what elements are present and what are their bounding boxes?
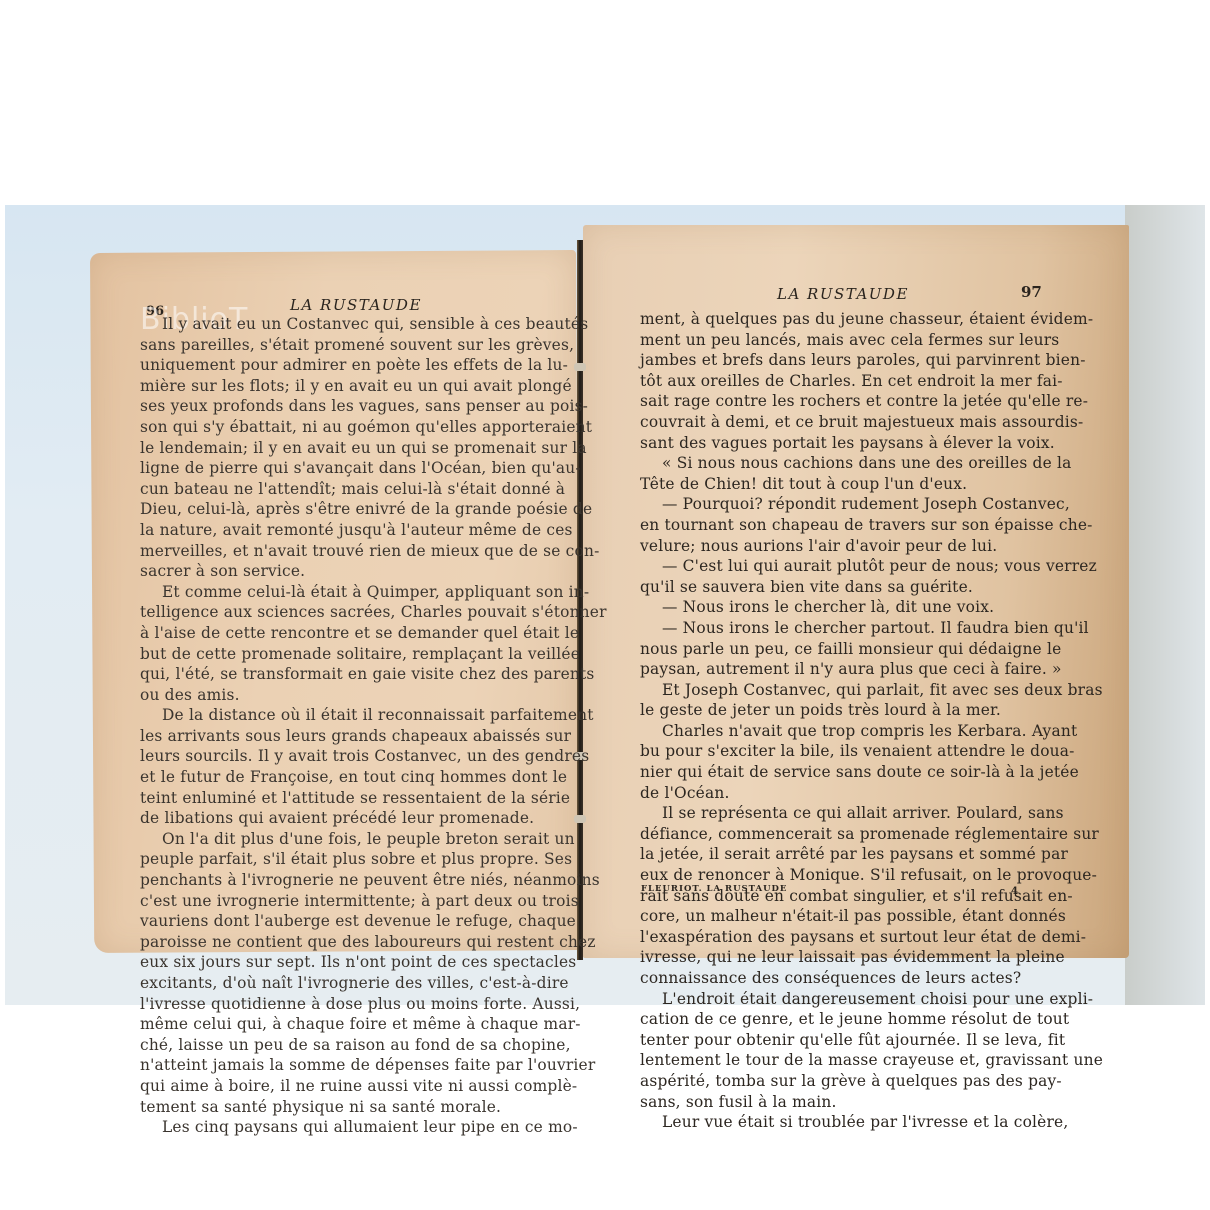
- text-line: peuple parfait, s'il était plus sobre et…: [140, 849, 538, 870]
- printer-signature: FLEURIOT. LA RUSTAUDE: [641, 884, 787, 894]
- text-line: défiance, commencerait sa promenade régl…: [640, 824, 1040, 845]
- text-line: la nature, avait remonté jusqu'à l'auteu…: [140, 520, 538, 541]
- text-line: ses yeux profonds dans les vagues, sans …: [140, 396, 538, 417]
- right-page-number: 97: [1021, 283, 1042, 301]
- text-line: Charles n'avait que trop compris les Ker…: [640, 721, 1040, 742]
- text-line: — C'est lui qui aurait plutôt peur de no…: [640, 556, 1040, 577]
- text-line: n'atteint jamais la somme de dépenses fa…: [140, 1055, 538, 1076]
- text-line: teint enluminé et l'attitude se ressenta…: [140, 788, 538, 809]
- text-line: excitants, d'où naît l'ivrognerie des vi…: [140, 973, 538, 994]
- text-line: la jetée, il serait arrêté par les paysa…: [640, 844, 1040, 865]
- text-line: leurs sourcils. Il y avait trois Costanv…: [140, 746, 538, 767]
- text-line: cun bateau ne l'attendît; mais celui-là …: [140, 479, 538, 500]
- text-line: uniquement pour admirer en poète les eff…: [140, 355, 538, 376]
- text-line: Et comme celui-là était à Quimper, appli…: [140, 582, 538, 603]
- text-line: — Pourquoi? répondit rudement Joseph Cos…: [640, 494, 1040, 515]
- text-line: de l'Océan.: [640, 783, 1040, 804]
- text-line: qui aime à boire, il ne ruine aussi vite…: [140, 1076, 538, 1097]
- right-page-body: ment, à quelques pas du jeune chasseur, …: [640, 309, 1040, 1133]
- text-line: son qui s'y ébattait, ni au goémon qu'el…: [140, 417, 538, 438]
- text-line: Les cinq paysans qui allumaient leur pip…: [140, 1117, 538, 1138]
- text-line: mière sur les flots; il y en avait eu un…: [140, 376, 538, 397]
- text-line: bu pour s'exciter la bile, ils venaient …: [640, 741, 1040, 762]
- signature-number: 4: [1011, 886, 1019, 897]
- text-line: velure; nous aurions l'air d'avoir peur …: [640, 536, 1040, 557]
- text-line: vauriens dont l'auberge est devenue le r…: [140, 911, 538, 932]
- text-line: telligence aux sciences sacrées, Charles…: [140, 602, 538, 623]
- text-line: même celui qui, à chaque foire et même à…: [140, 1014, 538, 1035]
- background-surface: [1125, 205, 1205, 1005]
- text-line: c'est une ivrognerie intermittente; à pa…: [140, 891, 538, 912]
- text-line: l'exaspération des paysans et surtout le…: [640, 927, 1040, 948]
- text-line: ment, à quelques pas du jeune chasseur, …: [640, 309, 1040, 330]
- text-line: sacrer à son service.: [140, 561, 538, 582]
- text-line: de libations qui avaient précédé leur pr…: [140, 808, 538, 829]
- binding-stitch: [574, 815, 586, 823]
- text-line: core, un malheur n'était-il pas possible…: [640, 906, 1040, 927]
- text-line: ivresse, qui ne leur laissait pas évidem…: [640, 947, 1040, 968]
- text-line: Il se représenta ce qui allait arriver. …: [640, 803, 1040, 824]
- text-line: — Nous irons le chercher partout. Il fau…: [640, 618, 1040, 639]
- text-line: cation de ce genre, et le jeune homme ré…: [640, 1009, 1040, 1030]
- text-line: eux de renoncer à Monique. S'il refusait…: [640, 865, 1040, 886]
- right-running-head: LA RUSTAUDE: [777, 285, 909, 303]
- text-line: eux six jours sur sept. Ils n'ont point …: [140, 952, 538, 973]
- text-line: les arrivants sous leurs grands chapeaux…: [140, 726, 538, 747]
- text-line: sant des vagues portait les paysans à él…: [640, 433, 1040, 454]
- text-line: connaissance des conséquences de leurs a…: [640, 968, 1040, 989]
- text-line: aspérité, tomba sur la grève à quelques …: [640, 1071, 1040, 1092]
- text-line: Leur vue était si troublée par l'ivresse…: [640, 1112, 1040, 1133]
- text-line: qui, l'été, se transformait en gaie visi…: [140, 664, 538, 685]
- text-line: ment un peu lancés, mais avec cela ferme…: [640, 330, 1040, 351]
- text-line: « Si nous nous cachions dans une des ore…: [640, 453, 1040, 474]
- text-line: De la distance où il était il reconnaiss…: [140, 705, 538, 726]
- text-line: le lendemain; il y en avait eu un qui se…: [140, 438, 538, 459]
- text-line: Dieu, celui-là, après s'être enivré de l…: [140, 499, 538, 520]
- text-line: tement sa santé physique ni sa santé mor…: [140, 1097, 538, 1118]
- text-line: On l'a dit plus d'une fois, le peuple br…: [140, 829, 538, 850]
- text-line: nous parle un peu, ce failli monsieur qu…: [640, 639, 1040, 660]
- text-line: ché, laisse un peu de sa raison au fond …: [140, 1035, 538, 1056]
- text-line: qu'il se sauvera bien vite dans sa guéri…: [640, 577, 1040, 598]
- text-line: Il y avait eu un Costanvec qui, sensible…: [140, 314, 538, 335]
- text-line: l'ivresse quotidienne à dose plus ou moi…: [140, 994, 538, 1015]
- text-line: merveilles, et n'avait trouvé rien de mi…: [140, 541, 538, 562]
- text-line: le geste de jeter un poids très lourd à …: [640, 700, 1040, 721]
- text-line: penchants à l'ivrognerie ne peuvent être…: [140, 870, 538, 891]
- text-line: sans pareilles, s'était promené souvent …: [140, 335, 538, 356]
- text-line: Et Joseph Costanvec, qui parlait, fit av…: [640, 680, 1040, 701]
- text-line: et le futur de Françoise, en tout cinq h…: [140, 767, 538, 788]
- text-line: L'endroit était dangereusement choisi po…: [640, 989, 1040, 1010]
- binding-stitch: [574, 363, 586, 371]
- text-line: couvrait à demi, et ce bruit majestueux …: [640, 412, 1040, 433]
- text-line: en tournant son chapeau de travers sur s…: [640, 515, 1040, 536]
- left-page-body: Il y avait eu un Costanvec qui, sensible…: [140, 314, 538, 1138]
- text-line: sait rage contre les rochers et contre l…: [640, 391, 1040, 412]
- text-line: à l'aise de cette rencontre et se demand…: [140, 623, 538, 644]
- text-line: nier qui était de service sans doute ce …: [640, 762, 1040, 783]
- text-line: paysan, autrement il n'y aura plus que c…: [640, 659, 1040, 680]
- text-line: paroisse ne contient que des laboureurs …: [140, 932, 538, 953]
- text-line: ou des amis.: [140, 685, 538, 706]
- left-running-head: LA RUSTAUDE: [290, 296, 422, 314]
- text-line: but de cette promenade solitaire, rempla…: [140, 644, 538, 665]
- text-line: tôt aux oreilles de Charles. En cet endr…: [640, 371, 1040, 392]
- text-line: Tête de Chien! dit tout à coup l'un d'eu…: [640, 474, 1040, 495]
- text-line: — Nous irons le chercher là, dit une voi…: [640, 597, 1040, 618]
- text-line: lentement le tour de la masse crayeuse e…: [640, 1050, 1040, 1071]
- text-line: sans, son fusil à la main.: [640, 1092, 1040, 1113]
- text-line: ligne de pierre qui s'avançait dans l'Oc…: [140, 458, 538, 479]
- text-line: jambes et brefs dans leurs paroles, qui …: [640, 350, 1040, 371]
- text-line: tenter pour obtenir qu'elle fût ajournée…: [640, 1030, 1040, 1051]
